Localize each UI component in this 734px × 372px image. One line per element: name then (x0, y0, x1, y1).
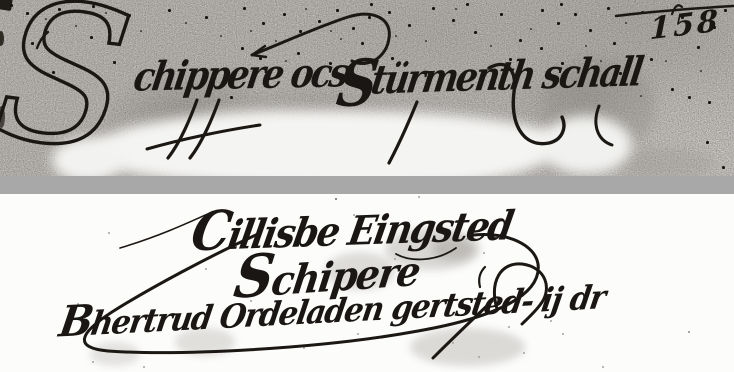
ink-smudge (410, 328, 525, 366)
heading-initial-flourish: S (0, 0, 141, 181)
paper-bright-patch (88, 110, 558, 176)
paper-bright-patch (540, 116, 632, 174)
heading-script-text-2-rest: türmenth schall (368, 49, 644, 104)
ink-specks-faint (0, 0, 2, 2)
manuscript-scan-page: S chippere ocs Stürmenth schall 158 Cill… (0, 0, 734, 372)
ink-smudge (90, 342, 140, 366)
heading-script-text: chippere ocs (130, 50, 350, 102)
heading-script-text-2: Stürmenth schall (332, 37, 646, 122)
